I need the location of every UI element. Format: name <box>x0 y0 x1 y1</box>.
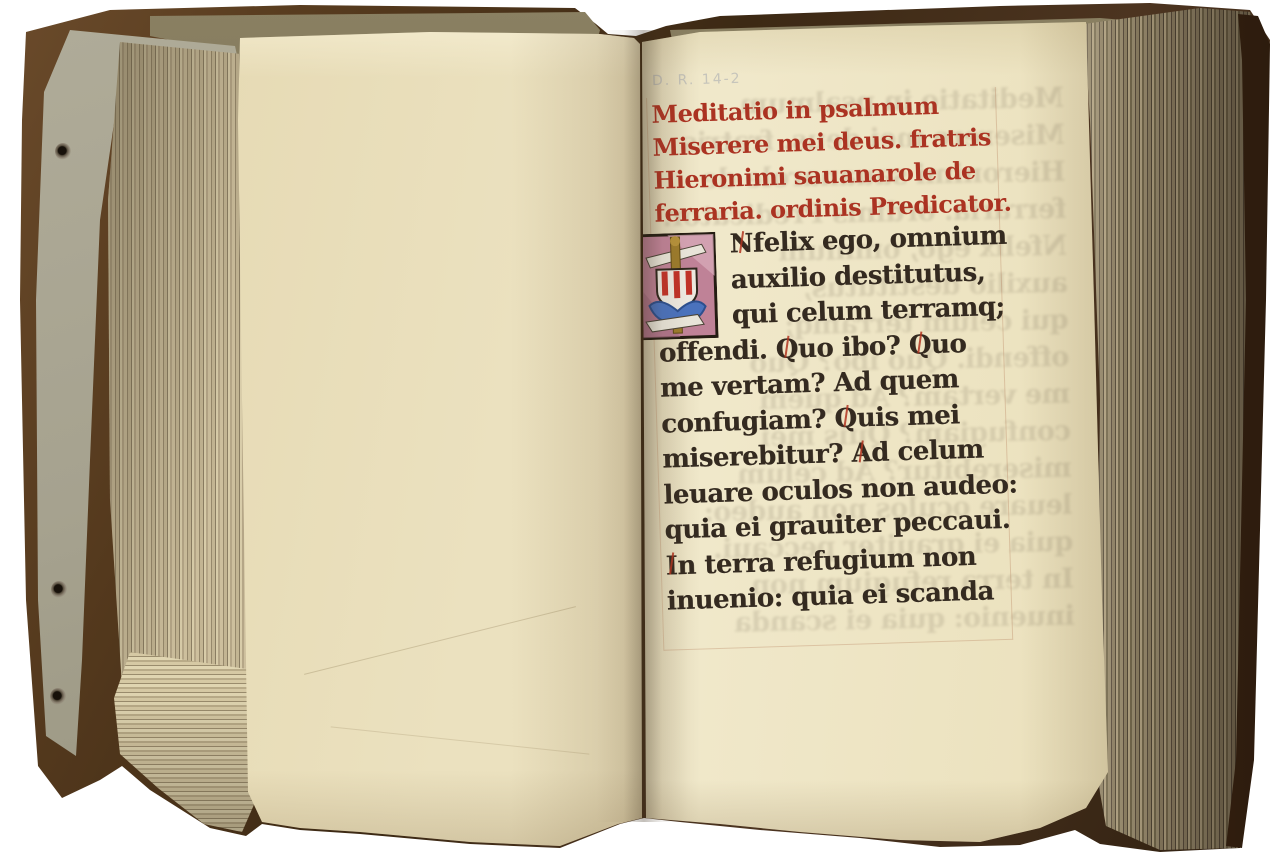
binding-hole <box>55 143 71 160</box>
red-touched-capital: Q <box>908 330 931 361</box>
red-touched-capital: Q <box>775 334 798 365</box>
manuscript-text-block: Meditatio in psalmumMiserere mei deus. f… <box>646 87 1013 651</box>
red-touched-capital: N <box>729 229 753 260</box>
gutter-shadow <box>596 30 688 822</box>
left-page-bottom-shade <box>230 770 650 850</box>
manuscript-photo: Meditatio in psalmumMiserere mei deus. f… <box>0 0 1280 860</box>
ink-text: d celum <box>871 435 984 469</box>
ink-text: auxilio destitutus, <box>730 257 985 295</box>
ink-text: n terra refugium non <box>677 541 977 580</box>
binding-hole <box>50 688 66 705</box>
ink-text: uo <box>931 329 967 360</box>
ink-text: felix ego, omnium <box>752 221 1007 259</box>
ink-text: inuenio: quia ei scanda <box>666 576 994 616</box>
binding-hole <box>51 581 67 598</box>
ink-text: qui celum terramq; <box>731 292 1005 331</box>
red-touched-capital: A <box>851 438 872 469</box>
ink-text: me vertam? Ad quem <box>660 364 959 403</box>
red-touched-capital: Q <box>834 403 857 434</box>
ink-text: uis mei <box>856 400 960 433</box>
ink-text: miserebitur? <box>662 439 852 475</box>
ink-text: uo ibo? <box>797 330 909 363</box>
